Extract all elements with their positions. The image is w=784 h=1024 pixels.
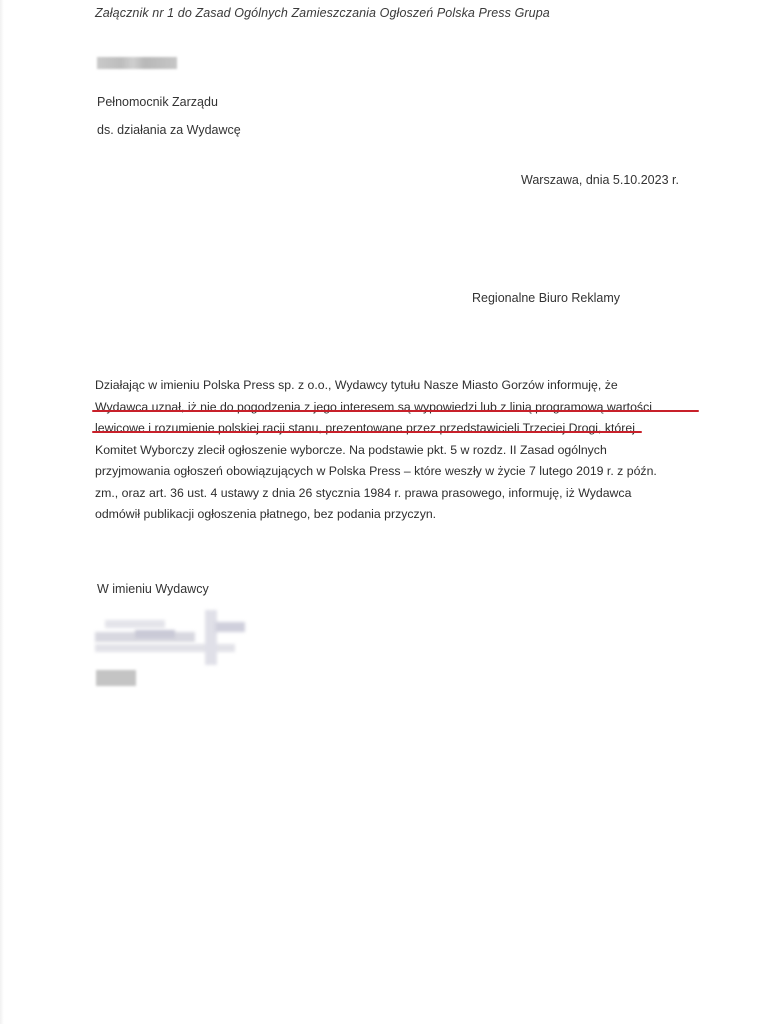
red-underline-annotation — [92, 431, 642, 433]
redacted-sender-name — [97, 57, 177, 69]
document-header: Załącznik nr 1 do Zasad Ogólnych Zamiesz… — [95, 6, 550, 20]
red-underline-annotation — [92, 410, 699, 412]
redacted-signature — [95, 610, 245, 670]
sender-title-line-2: ds. działania za Wydawcę — [97, 123, 241, 137]
body-line: przyjmowania ogłoszeń obowiązujących w P… — [95, 461, 715, 483]
sender-title-line-1: Pełnomocnik Zarządu — [97, 95, 218, 109]
body-paragraph: Działając w imieniu Polska Press sp. z o… — [95, 375, 715, 526]
body-line-underlined: lewicowe i rozumienie polskiej racji sta… — [95, 418, 715, 440]
closing-line: W imieniu Wydawcy — [97, 582, 209, 596]
body-line: zm., oraz art. 36 ust. 4 ustawy z dnia 2… — [95, 483, 715, 505]
body-line: odmówił publikacji ogłoszenia płatnego, … — [95, 504, 715, 526]
recipient: Regionalne Biuro Reklamy — [472, 291, 620, 305]
redacted-stamp — [96, 670, 136, 686]
body-line: Działając w imieniu Polska Press sp. z o… — [95, 375, 715, 397]
place-date: Warszawa, dnia 5.10.2023 r. — [521, 173, 679, 187]
body-line-underlined: Wydawca uznał, iż nie do pogodzenia z je… — [95, 397, 715, 419]
page-edge — [0, 0, 4, 1024]
body-line: Komitet Wyborczy zlecił ogłoszenie wybor… — [95, 440, 715, 462]
